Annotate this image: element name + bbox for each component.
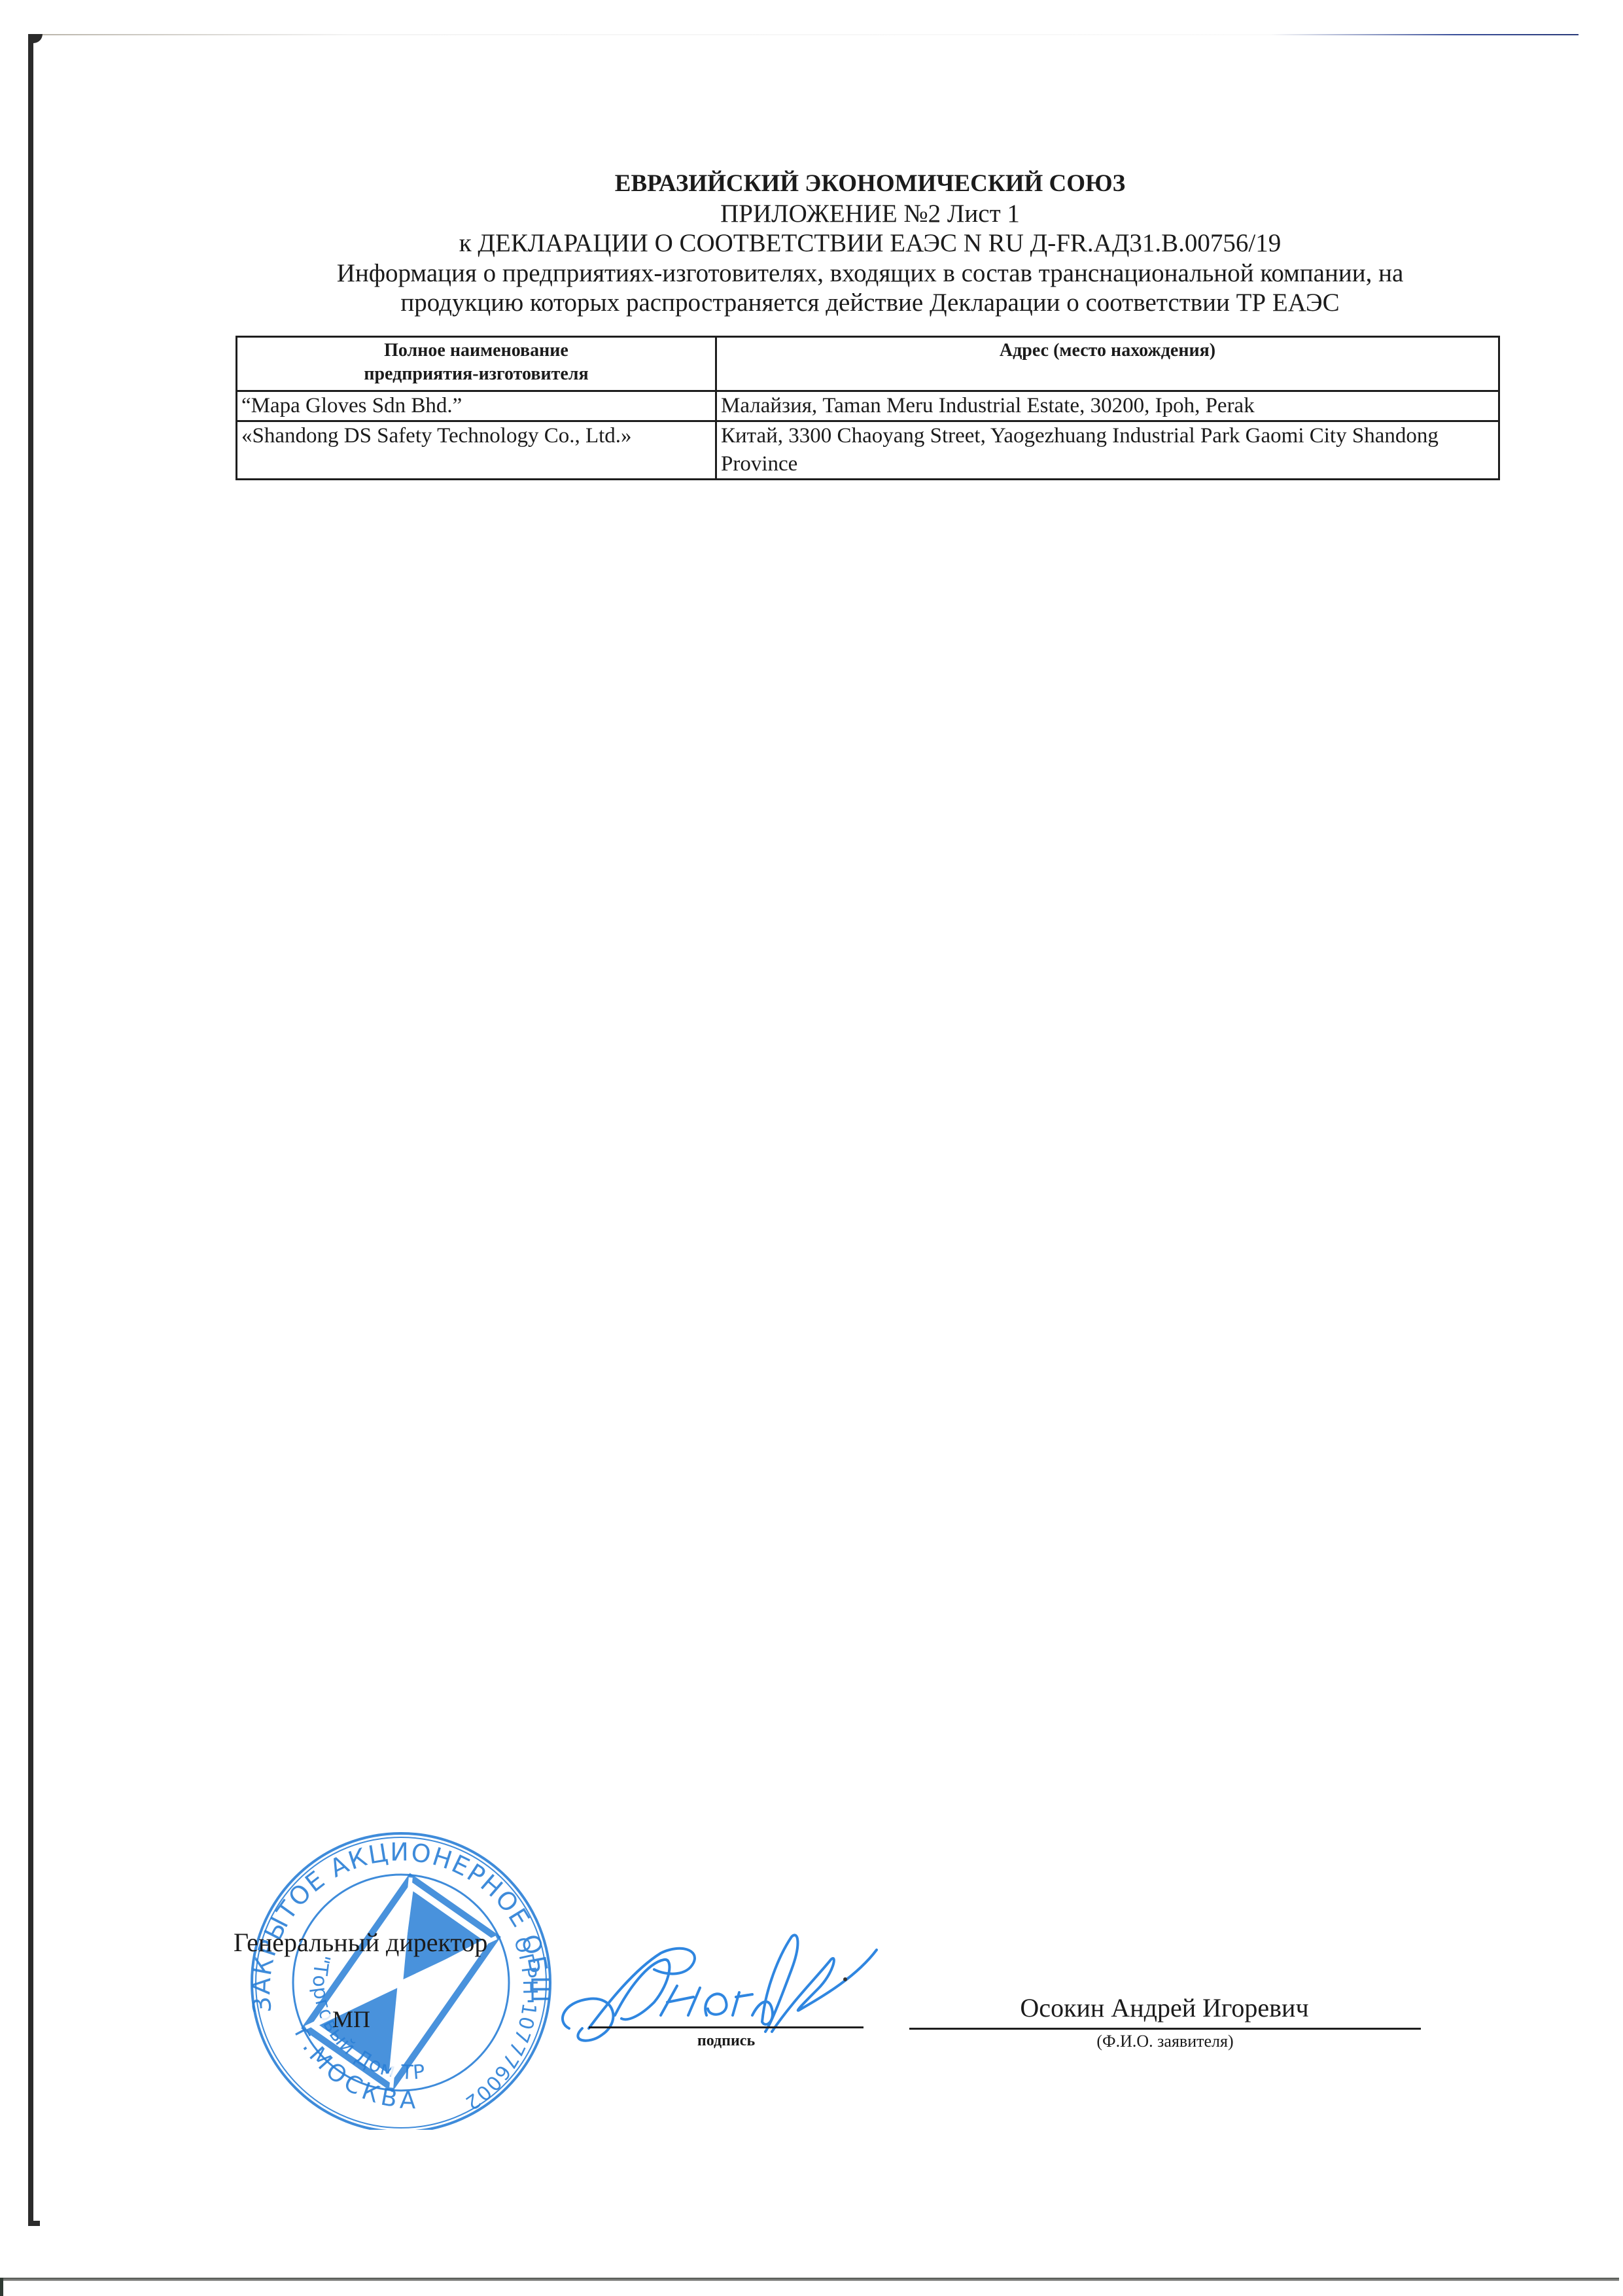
- signatory-name: Осокин Андрей Игоревич: [909, 1993, 1420, 2023]
- scan-border-corner: [28, 34, 43, 43]
- document-header: ЕВРАЗИЙСКИЙ ЭКОНОМИЧЕСКИЙ СОЮЗ ПРИЛОЖЕНИ…: [196, 169, 1544, 318]
- column-header-address: Адрес (место нахождения): [716, 337, 1499, 391]
- handwritten-signature-icon: [543, 1924, 883, 2048]
- scan-border-corner: [33, 2221, 40, 2226]
- scan-border-left: [28, 34, 33, 2226]
- manufacturer-name: “Mapa Gloves Sdn Bhd.”: [237, 391, 716, 421]
- name-caption: (Ф.И.О. заявителя): [909, 2031, 1421, 2052]
- document-title: ЕВРАЗИЙСКИЙ ЭКОНОМИЧЕСКИЙ СОЮЗ: [196, 169, 1544, 199]
- seal-label: МП: [332, 2006, 370, 2032]
- table-row: “Mapa Gloves Sdn Bhd.” Малайзия, Taman M…: [237, 391, 1499, 421]
- description-text: продукцию которых распространяется дейст…: [196, 288, 1544, 318]
- manufacturer-name: «Shandong DS Safety Technology Co., Ltd.…: [237, 421, 716, 480]
- manufacturer-address: Китай, 3300 Chaoyang Street, Yaogezhuang…: [716, 421, 1499, 480]
- table-header-row: Полное наименование предприятия-изготови…: [237, 337, 1499, 391]
- description-text: Информация о предприятиях-изготовителях,…: [196, 258, 1544, 289]
- scan-border-corner: [0, 2278, 3, 2296]
- position-title: Генеральный директор: [234, 1928, 487, 1958]
- column-header-name: Полное наименование предприятия-изготови…: [237, 337, 716, 391]
- scan-border-bottom: [0, 2278, 1619, 2281]
- declaration-reference: к ДЕКЛАРАЦИИ О СООТВЕТСТВИИ ЕАЭС N RU Д-…: [196, 228, 1544, 258]
- manufacturers-table: Полное наименование предприятия-изготови…: [236, 336, 1500, 480]
- table-row: «Shandong DS Safety Technology Co., Ltd.…: [237, 421, 1499, 480]
- scan-border-top: [43, 34, 1579, 35]
- signature-caption: подпись: [589, 2031, 864, 2051]
- signature-line: [589, 2026, 864, 2028]
- appendix-label: ПРИЛОЖЕНИЕ №2 Лист 1: [196, 199, 1544, 229]
- name-line: [909, 2028, 1421, 2030]
- company-stamp-icon: ЗАКРЫТОЕ АКЦИОНЕРНОЕ ОБЩЕСТВО г.МОСКВА О…: [232, 1816, 572, 2130]
- manufacturer-address: Малайзия, Taman Meru Industrial Estate, …: [716, 391, 1499, 421]
